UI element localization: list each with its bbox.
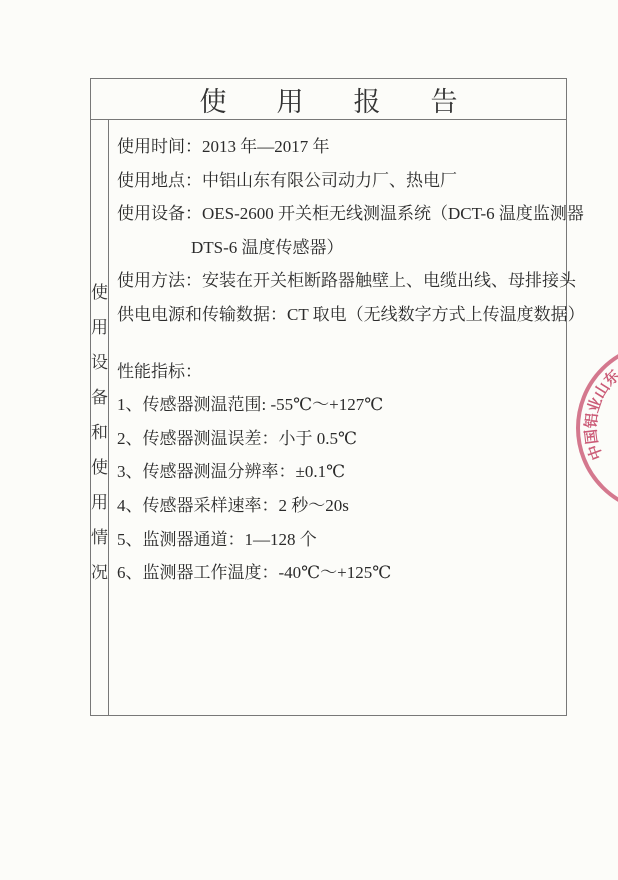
content-line-equipment-continued: DTS-6 温度传感器）: [117, 231, 585, 265]
content-line-usage-location: 使用地点：中铝山东有限公司动力厂、热电厂: [117, 164, 585, 198]
report-body-row: 使 用 设 备 和 使 用 情 况 使用时间：2013 年—2017 年 使用地…: [91, 120, 566, 715]
side-header-column: 使 用 设 备 和 使 用 情 况: [91, 120, 109, 715]
content-line-usage-time: 使用时间：2013 年—2017 年: [117, 130, 585, 164]
content-line-spec-3: 3、传感器测温分辨率：±0.1℃: [117, 455, 585, 489]
side-label-char: 使: [91, 459, 108, 476]
side-label-char: 用: [91, 494, 108, 511]
content-line-spec-2: 2、传感器测温误差：小于 0.5℃: [117, 422, 585, 456]
content-line-spec-6: 6、监测器工作温度：-40℃～+125℃: [117, 556, 585, 590]
side-label-char: 备: [91, 389, 108, 406]
content-line-spec-4: 4、传感器采样速率：2 秒～20s: [117, 489, 585, 523]
usage-report-table: 使用报告 使 用 设 备 和 使 用 情 况 使用时间：2013 年—2017 …: [90, 78, 567, 716]
content-line-usage-method: 使用方法：安装在开关柜断路器触壁上、电缆出线、母排接头: [117, 264, 585, 298]
side-label-char: 设: [91, 354, 108, 371]
content-line-spec-5: 5、监测器通道：1—128 个: [117, 523, 585, 557]
content-line-power-and-data: 供电电源和传输数据：CT 取电（无线数字方式上传温度数据）: [117, 298, 585, 332]
report-title: 使用报告: [150, 80, 508, 119]
side-label-char: 情: [91, 529, 108, 546]
report-content-area: 使用时间：2013 年—2017 年 使用地点：中铝山东有限公司动力厂、热电厂 …: [109, 120, 589, 715]
content-line-performance-heading: 性能指标：: [117, 355, 585, 389]
side-label-char: 使: [91, 284, 108, 301]
content-line-spec-1: 1、传感器测温范围: -55℃～+127℃: [117, 388, 585, 422]
side-label-char: 和: [91, 424, 108, 441]
side-label-char: 用: [91, 319, 108, 336]
content-line-usage-equipment: 使用设备：OES-2600 开关柜无线测温系统（DCT-6 温度监测器: [117, 197, 585, 231]
scanned-usage-report-page: { "document": { "title": "使用报告", "side_l…: [0, 0, 618, 880]
side-label-char: 况: [91, 564, 108, 581]
report-title-row: 使用报告: [91, 79, 566, 120]
